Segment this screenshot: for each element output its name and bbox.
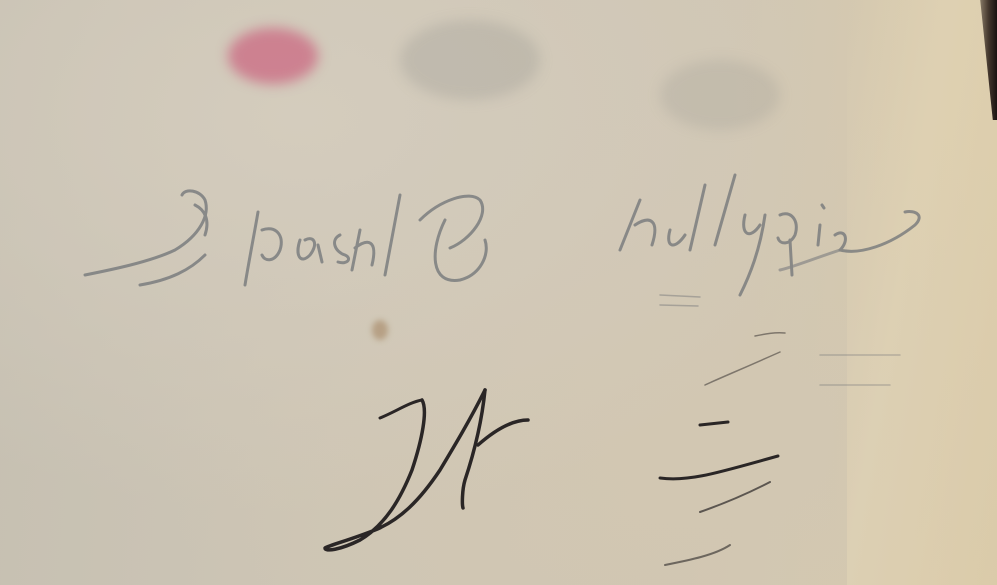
ink-monogram: [325, 333, 785, 565]
aged-paper-photo: Frank P. Phillips JN: [0, 0, 997, 585]
handwriting-layer: [0, 0, 997, 585]
pencil-signature: [85, 175, 919, 385]
